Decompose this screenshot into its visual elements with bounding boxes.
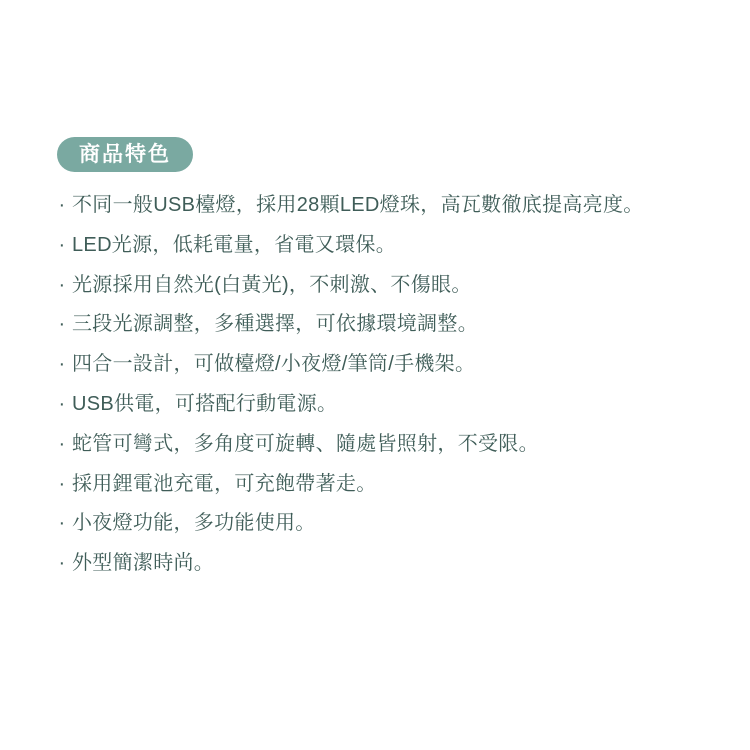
bullet-dot: · [57,305,67,345]
feature-list: ·不同一般USB檯燈，採用28顆LED燈珠，高瓦數徹底提高亮度。·LED光源，低… [57,186,717,584]
feature-item: ·外型簡潔時尚。 [57,544,717,584]
feature-text: 小夜燈功能，多功能使用。 [72,512,316,534]
bullet-dot: · [57,544,67,584]
bullet-dot: · [57,266,67,306]
feature-text: USB供電，可搭配行動電源。 [72,393,337,415]
feature-item: ·採用鋰電池充電，可充飽帶著走。 [57,465,717,505]
feature-text: 外型簡潔時尚。 [72,552,214,574]
feature-item: ·USB供電，可搭配行動電源。 [57,385,717,425]
feature-item: ·LED光源，低耗電量，省電又環保。 [57,226,717,266]
bullet-dot: · [57,385,67,425]
bullet-dot: · [57,345,67,385]
bullet-dot: · [57,465,67,505]
bullet-dot: · [57,425,67,465]
feature-item: ·四合一設計，可做檯燈/小夜燈/筆筒/手機架。 [57,345,717,385]
feature-text: 三段光源調整，多種選擇，可依據環境調整。 [72,313,478,335]
bullet-dot: · [57,186,67,226]
feature-item: ·小夜燈功能，多功能使用。 [57,504,717,544]
feature-text: 不同一般USB檯燈，採用28顆LED燈珠，高瓦數徹底提高亮度。 [72,194,644,216]
bullet-dot: · [57,504,67,544]
feature-text: LED光源，低耗電量，省電又環保。 [72,234,396,256]
feature-text: 採用鋰電池充電，可充飽帶著走。 [72,473,377,495]
feature-item: ·蛇管可彎式，多角度可旋轉、隨處皆照射，不受限。 [57,425,717,465]
feature-text: 光源採用自然光(白黃光)，不刺激、不傷眼。 [72,274,472,296]
feature-item: ·不同一般USB檯燈，採用28顆LED燈珠，高瓦數徹底提高亮度。 [57,186,717,226]
feature-item: ·三段光源調整，多種選擇，可依據環境調整。 [57,305,717,345]
page: { "theme": { "badge_bg": "#7aa9a1", "bad… [0,0,750,750]
product-features-section: 商品特色 ·不同一般USB檯燈，採用28顆LED燈珠，高瓦數徹底提高亮度。·LE… [57,137,717,584]
bullet-dot: · [57,226,67,266]
section-title-badge: 商品特色 [57,137,193,172]
feature-text: 蛇管可彎式，多角度可旋轉、隨處皆照射，不受限。 [72,433,539,455]
feature-text: 四合一設計，可做檯燈/小夜燈/筆筒/手機架。 [72,353,475,375]
feature-item: ·光源採用自然光(白黃光)，不刺激、不傷眼。 [57,266,717,306]
